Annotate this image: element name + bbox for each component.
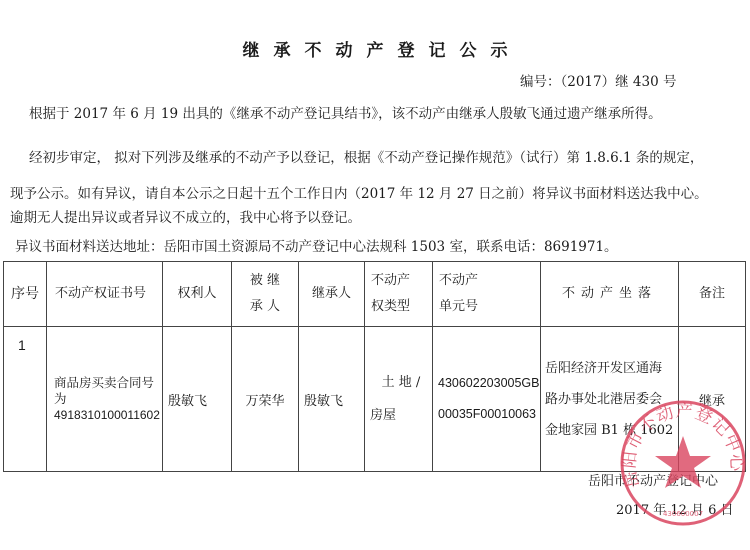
header-unit-no-line2: 单元号 [439, 294, 540, 320]
issuer-signature: 岳阳市不动产登记中心 [588, 470, 718, 489]
property-table: 序号 不动产权证书号 权利人 被 继 承 人 继承人 不动产 权类型 不动产 单… [3, 261, 746, 472]
cell-cert-no-number: 4918310100011602 [54, 407, 162, 423]
cell-unit-no: 430602203005GB00035F00010063 [433, 327, 541, 472]
header-decedent: 被 继 承 人 [232, 262, 299, 327]
header-right-type-line1: 不动产 [371, 268, 432, 294]
issue-date: 2017 年 12 月 6 日 [616, 499, 734, 518]
cell-owner: 殷敏飞 [163, 327, 232, 472]
header-unit-no-line1: 不动产 [439, 268, 540, 294]
cell-seq: 1 [4, 327, 47, 472]
paragraph-address: 异议书面材料送达地址：岳阳市国土资源局不动产登记中心法规科 1503 室，联系电… [15, 235, 618, 255]
cell-right-type-line2: 房屋 [370, 399, 432, 432]
cell-heir: 殷敏飞 [299, 327, 365, 472]
paragraph-review: 经初步审定， 拟对下列涉及继承的不动产予以登记，根据《不动产登记操作规范》（试行… [29, 146, 703, 166]
header-decedent-line2: 承 人 [232, 294, 298, 320]
cell-remark: 继承 [679, 327, 746, 472]
header-location: 不动产坐落 [541, 262, 679, 327]
table-header-row: 序号 不动产权证书号 权利人 被 继 承 人 继承人 不动产 权类型 不动产 单… [4, 262, 746, 327]
header-heir: 继承人 [299, 262, 365, 327]
header-remark: 备注 [679, 262, 746, 327]
table-row: 1 商品房买卖合同号为 4918310100011602 殷敏飞 万荣华 殷敏飞… [4, 327, 746, 472]
header-cert-no: 不动产权证书号 [47, 262, 163, 327]
header-owner: 权利人 [163, 262, 232, 327]
paragraph-objection-period: 现予公示。如有异议，请自本公示之日起十五个工作日内（2017 年 12 月 27… [10, 182, 708, 202]
cell-right-type-line1: 土 地 / [370, 366, 432, 399]
cell-cert-no: 商品房买卖合同号为 4918310100011602 [47, 327, 163, 472]
paragraph-expiry: 逾期无人提出异议或者异议不成立的，我中心将予以登记。 [10, 206, 361, 226]
document-number: 编号：（2017）继 430 号 [520, 70, 676, 90]
cell-cert-no-text: 商品房买卖合同号为 [54, 375, 154, 407]
cell-location: 岳阳经济开发区通海路办事处北港居委会金地家园 B1 栋 1602 [541, 327, 679, 472]
cell-right-type: 土 地 / 房屋 [365, 327, 433, 472]
header-right-type-line2: 权类型 [371, 294, 432, 320]
page-title: 继承不动产登记公示 [0, 36, 750, 61]
header-seq: 序号 [4, 262, 47, 327]
cell-decedent: 万荣华 [232, 327, 299, 472]
header-right-type: 不动产 权类型 [365, 262, 433, 327]
header-unit-no: 不动产 单元号 [433, 262, 541, 327]
paragraph-basis: 根据于 2017 年 6 月 19 出具的《继承不动产登记具结书》，该不动产由继… [29, 102, 662, 122]
header-decedent-line1: 被 继 [232, 268, 298, 294]
